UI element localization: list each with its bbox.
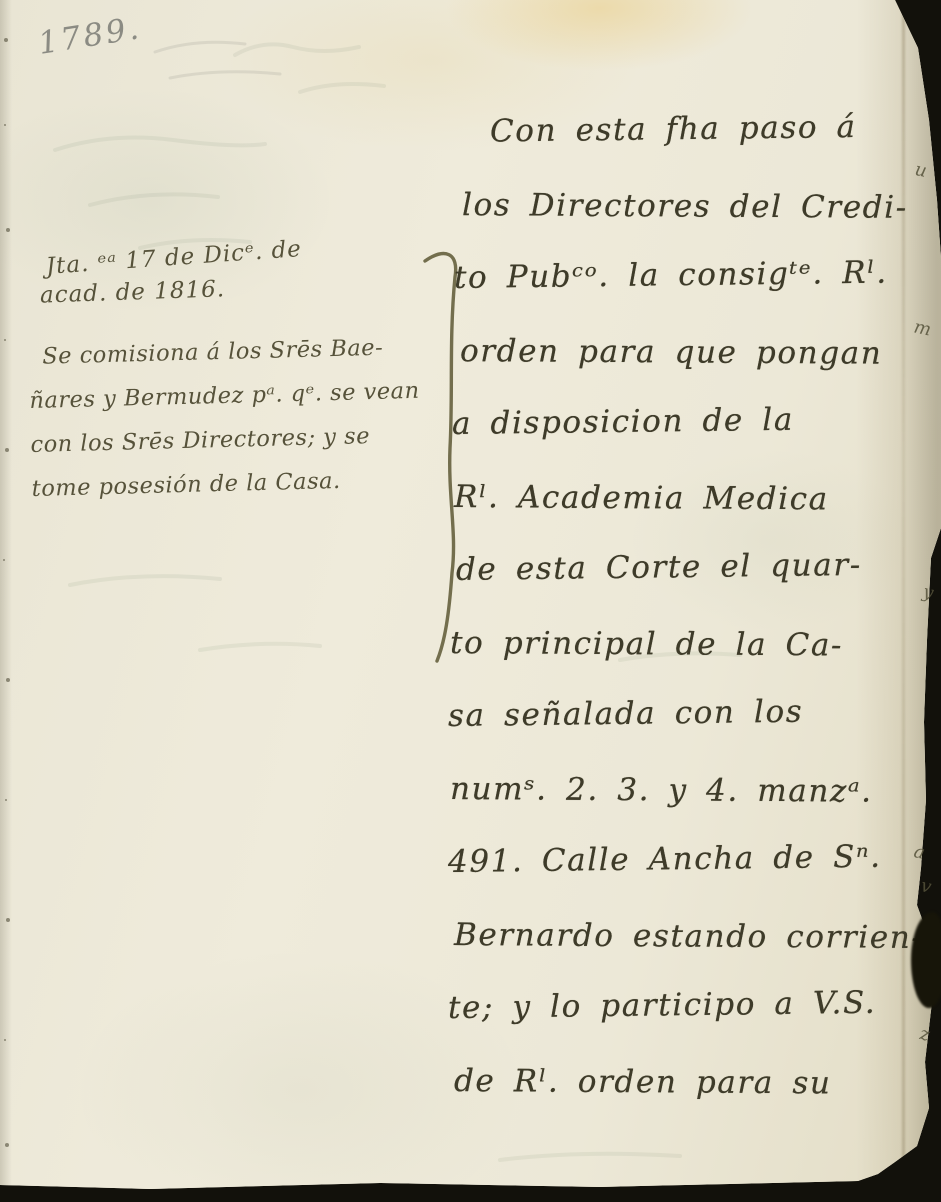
letter-line: sa señalada con los — [448, 674, 919, 753]
letter-line: orden para que pongan — [448, 315, 918, 391]
margin-note-line: tome posesión de la Casa. — [31, 456, 447, 511]
margin-note-body: Se comisiona á los Srēs Bae- ñares y Ber… — [28, 324, 447, 511]
letter-line: a disposicion de la — [448, 382, 919, 461]
binding-stitch-marks — [4, 38, 8, 42]
letter-line: to Pubᶜᵒ. la consigᵗᵉ. Rˡ. — [448, 236, 919, 315]
manuscript-page: 1789. Jta. ᵉᵃ 17 de Dicᵉ. de acad. de 18… — [0, 0, 941, 1202]
letter-line: Con esta fha paso á — [448, 90, 919, 169]
torn-edge-ink-fragment: a — [912, 841, 927, 864]
margin-note: Jta. ᵉᵃ 17 de Dicᵉ. de acad. de 1816. Se… — [30, 255, 445, 511]
binding-shadow — [0, 0, 12, 1202]
letter-line: 491. Calle Ancha de Sⁿ. — [448, 820, 919, 899]
letter-line: numˢ. 2. 3. y 4. manzᵃ. — [448, 753, 918, 829]
letter-line: los Directores del Credi- — [448, 169, 918, 245]
letter-line: de Rˡ. orden para su — [448, 1045, 918, 1121]
letter-line: Bernardo estando corrien- — [448, 899, 918, 975]
letter-line: to principal de la Ca- — [448, 607, 918, 683]
letter-line: de esta Corte el quar- — [448, 528, 919, 607]
letter-line: te; y lo participo a V.S. — [448, 966, 919, 1045]
letter-body: Con esta fha paso á los Directores del C… — [448, 96, 918, 1118]
letter-line: Rˡ. Academia Medica — [448, 461, 918, 537]
torn-edge-ink-fragment: v — [919, 875, 933, 898]
